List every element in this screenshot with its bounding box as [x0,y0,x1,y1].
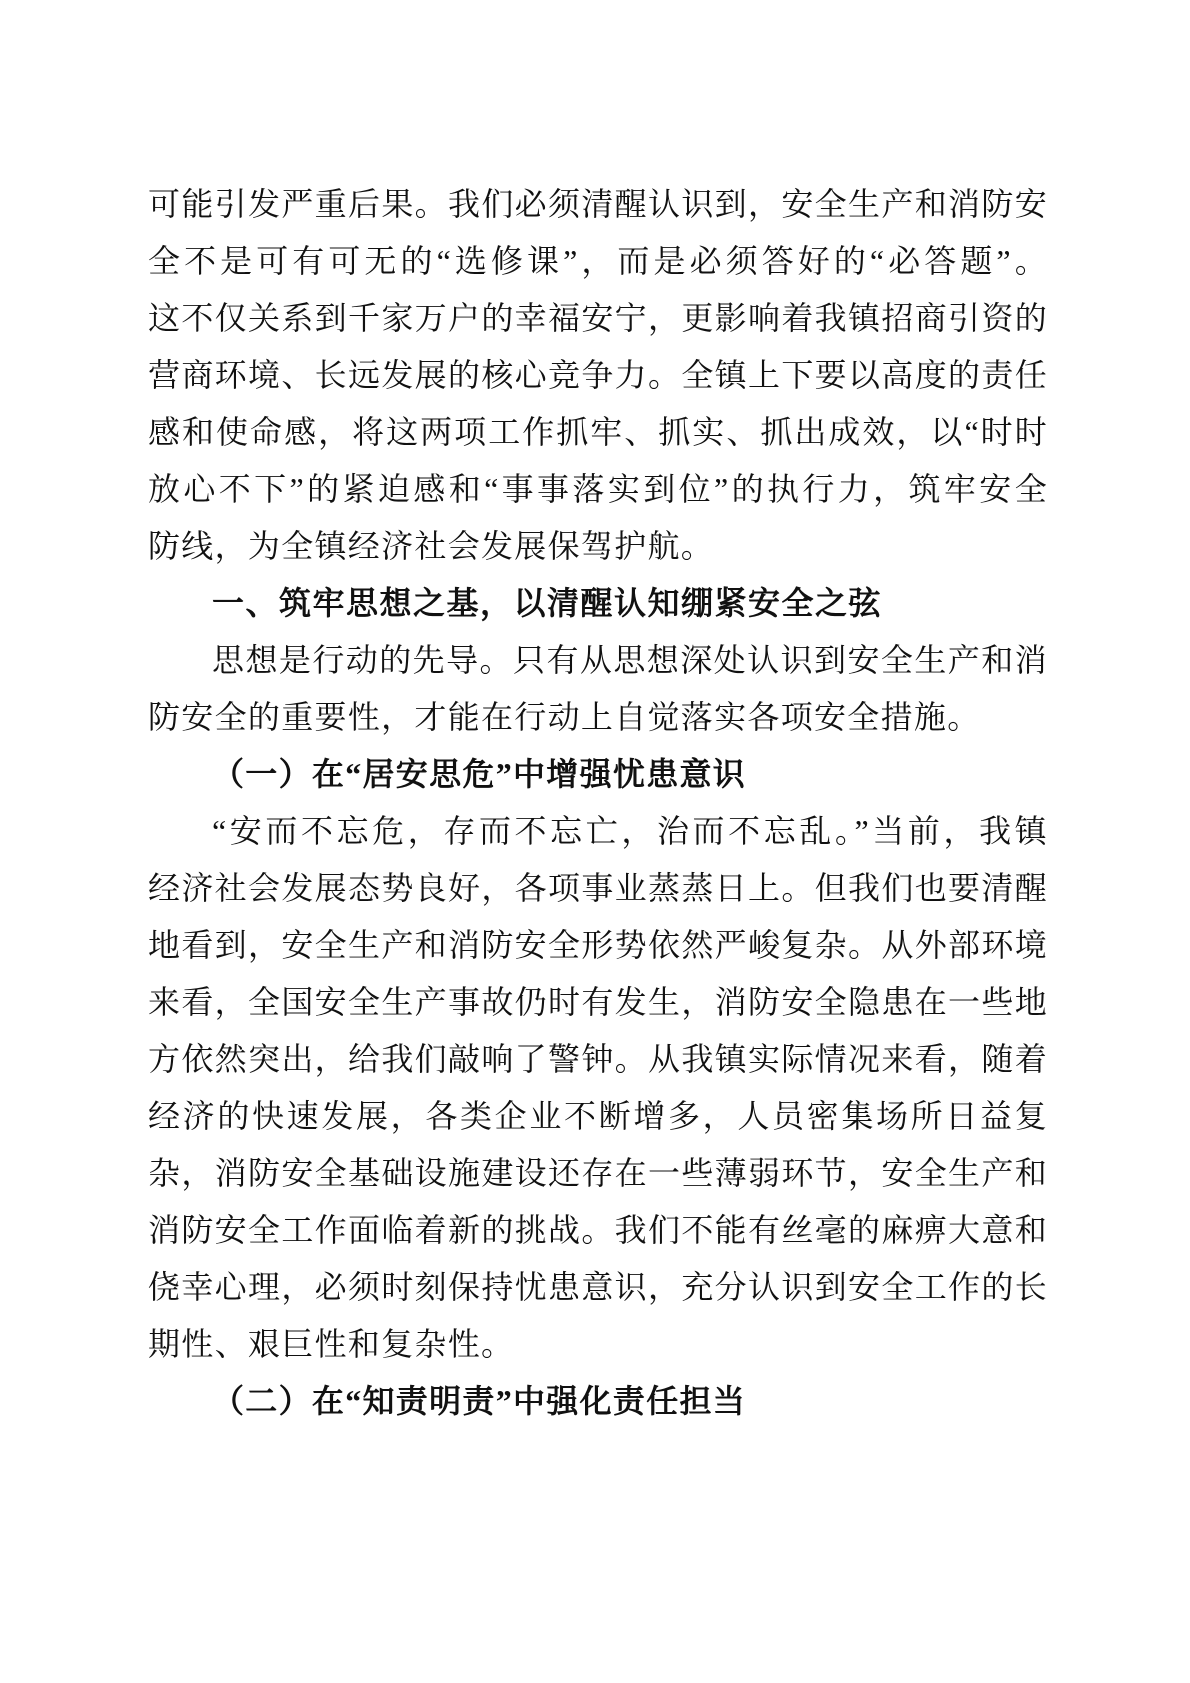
body-text-line: 这不仅关系到千家万户的幸福安宁，更影响着我镇招商引资的 [148,290,1048,347]
body-text-line: 可能引发严重后果。我们必须清醒认识到，安全生产和消防安 [148,176,1048,233]
body-text-line: 经济社会发展态势良好，各项事业蒸蒸日上。但我们也要清醒 [148,860,1048,917]
body-text-line: 感和使命感，将这两项工作抓牢、抓实、抓出成效，以“时时 [148,404,1048,461]
body-text-line: 思想是行动的先导。只有从思想深处认识到安全生产和消 [148,632,1048,689]
body-text-line: 经济的快速发展，各类企业不断增多，人员密集场所日益复 [148,1088,1048,1145]
body-text-line: “安而不忘危，存而不忘亡，治而不忘乱。”当前，我镇 [148,803,1048,860]
body-text-line: 杂，消防安全基础设施建设还存在一些薄弱环节，安全生产和 [148,1145,1048,1202]
body-text-line: 期性、艰巨性和复杂性。 [148,1316,1048,1373]
body-text-line: 放心不下”的紧迫感和“事事落实到位”的执行力，筑牢安全 [148,461,1048,518]
body-text-line: 地看到，安全生产和消防安全形势依然严峻复杂。从外部环境 [148,917,1048,974]
body-text-line: 来看，全国安全生产事故仍时有发生，消防安全隐患在一些地 [148,974,1048,1031]
body-text-line: 防安全的重要性，才能在行动上自觉落实各项安全措施。 [148,689,1048,746]
body-text-line: 全不是可有可无的“选修课”，而是必须答好的“必答题”。 [148,233,1048,290]
body-text-line: 方依然突出，给我们敲响了警钟。从我镇实际情况来看，随着 [148,1031,1048,1088]
subsection-heading: （二）在“知责明责”中强化责任担当 [148,1373,1048,1430]
body-text-line: 消防安全工作面临着新的挑战。我们不能有丝毫的麻痹大意和 [148,1202,1048,1259]
body-text-line: 营商环境、长远发展的核心竞争力。全镇上下要以高度的责任 [148,347,1048,404]
body-text-line: 防线，为全镇经济社会发展保驾护航。 [148,518,1048,575]
body-text-line: 侥幸心理，必须时刻保持忧患意识，充分认识到安全工作的长 [148,1259,1048,1316]
document-page: 可能引发严重后果。我们必须清醒认识到，安全生产和消防安 全不是可有可无的“选修课… [0,0,1190,1683]
section-heading: 一、筑牢思想之基，以清醒认知绷紧安全之弦 [148,575,1048,632]
document-body: 可能引发严重后果。我们必须清醒认识到，安全生产和消防安 全不是可有可无的“选修课… [148,176,1048,1430]
subsection-heading: （一）在“居安思危”中增强忧患意识 [148,746,1048,803]
